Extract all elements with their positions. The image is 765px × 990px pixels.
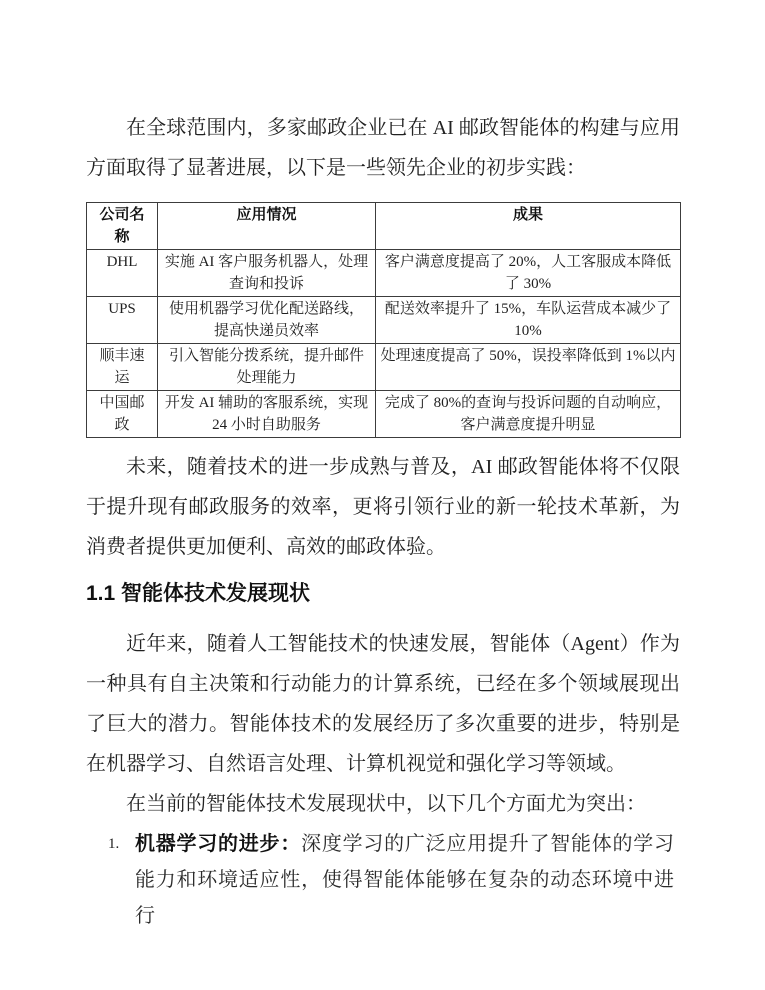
intro-paragraph: 在全球范围内，多家邮政企业已在 AI 邮政智能体的构建与应用方面取得了显著进展，… [86, 108, 680, 188]
ordered-list: 1.机器学习的进步：深度学习的广泛应用提升了智能体的学习能力和环境适应性，使得智… [86, 826, 680, 934]
list-item-number: 1. [108, 826, 119, 862]
section-heading: 1.1 智能体技术发展现状 [86, 579, 680, 609]
table-cell: DHL [87, 250, 158, 297]
table-cell: 引入智能分拨系统，提升邮件处理能力 [158, 344, 376, 391]
column-header-result: 成果 [376, 203, 681, 250]
table-cell: UPS [87, 297, 158, 344]
document-page: 在全球范围内，多家邮政企业已在 AI 邮政智能体的构建与应用方面取得了显著进展，… [0, 0, 765, 990]
table-row-sf-express: 顺丰速运 引入智能分拨系统，提升邮件处理能力 处理速度提高了 50%，误投率降低… [87, 344, 681, 391]
column-header-application: 应用情况 [158, 203, 376, 250]
table-cell: 配送效率提升了 15%，车队运营成本减少了 10% [376, 297, 681, 344]
table-header-row: 公司名称 应用情况 成果 [87, 203, 681, 250]
column-header-company: 公司名称 [87, 203, 158, 250]
table-cell: 中国邮政 [87, 391, 158, 438]
table-cell: 开发 AI 辅助的客服系统，实现 24 小时自助服务 [158, 391, 376, 438]
agent-overview-paragraph: 近年来，随着人工智能技术的快速发展，智能体（Agent）作为一种具有自主决策和行… [86, 624, 680, 784]
list-item: 1.机器学习的进步：深度学习的广泛应用提升了智能体的学习能力和环境适应性，使得智… [86, 826, 680, 934]
table-row-ups: UPS 使用机器学习优化配送路线，提高快递员效率 配送效率提升了 15%，车队运… [87, 297, 681, 344]
list-item-label: 机器学习的进步： [135, 833, 301, 855]
list-lead-in-paragraph: 在当前的智能体技术发展现状中，以下几个方面尤为突出： [86, 784, 680, 824]
table-row-dhl: DHL 实施 AI 客户服务机器人，处理查询和投诉 客户满意度提高了 20%，人… [87, 250, 681, 297]
future-paragraph: 未来，随着技术的进一步成熟与普及，AI 邮政智能体将不仅限于提升现有邮政服务的效… [86, 447, 680, 567]
table-row-china-post: 中国邮政 开发 AI 辅助的客服系统，实现 24 小时自助服务 完成了 80%的… [87, 391, 681, 438]
table-cell: 处理速度提高了 50%，误投率降低到 1%以内 [376, 344, 681, 391]
table-cell: 使用机器学习优化配送路线，提高快递员效率 [158, 297, 376, 344]
table-cell: 实施 AI 客户服务机器人，处理查询和投诉 [158, 250, 376, 297]
table-cell: 顺丰速运 [87, 344, 158, 391]
table-cell: 客户满意度提高了 20%，人工客服成本降低了 30% [376, 250, 681, 297]
company-practices-table: 公司名称 应用情况 成果 DHL 实施 AI 客户服务机器人，处理查询和投诉 客… [86, 202, 681, 438]
table-cell: 完成了 80%的查询与投诉问题的自动响应，客户满意度提升明显 [376, 391, 681, 438]
